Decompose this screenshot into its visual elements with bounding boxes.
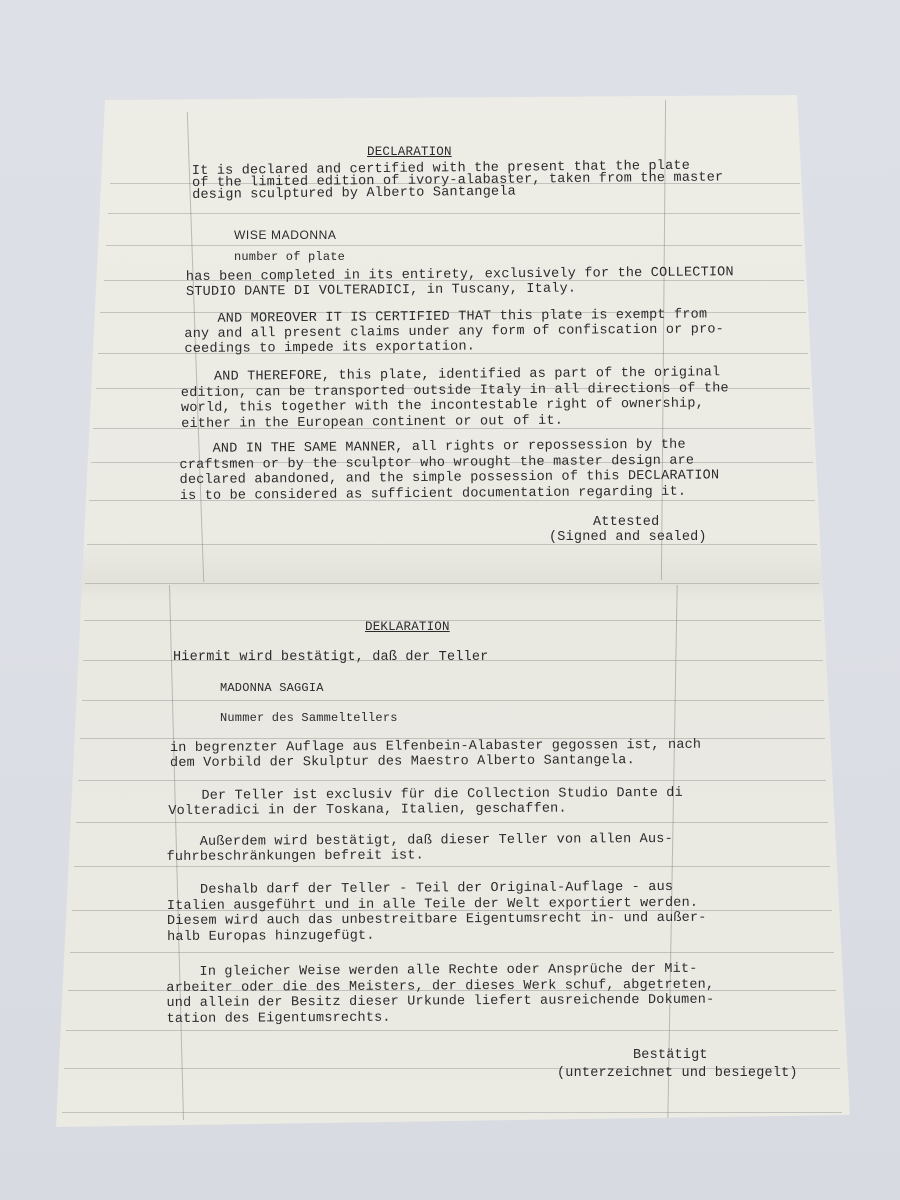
german-number-label: Nummer des Sammeltellers	[220, 711, 398, 726]
german-plate-name: MADONNA SAGGIA	[220, 681, 324, 696]
rule-line	[78, 780, 826, 781]
english-paragraph-1: has been completed in its entirety, excl…	[186, 265, 734, 300]
german-paragraph-1: in begrenzter Auflage aus Elfenbein-Alab…	[170, 738, 701, 771]
rule-line	[85, 583, 819, 584]
english-paragraph-3: AND THEREFORE, this plate, identified as…	[181, 365, 729, 432]
rule-line	[106, 245, 802, 246]
english-signed-sealed: (Signed and sealed)	[549, 530, 707, 545]
german-paragraph-5: In gleicher Weise werden alle Rechte ode…	[166, 962, 714, 1027]
rule-line	[74, 866, 830, 867]
german-intro: Hiermit wird bestätigt, daß der Teller	[173, 650, 488, 665]
rule-line	[66, 1030, 838, 1031]
english-number-label: number of plate	[234, 250, 345, 265]
german-paragraph-4: Deshalb darf der Teller - Teil der Origi…	[167, 880, 707, 945]
rule-line	[62, 1112, 842, 1113]
rule-line	[84, 620, 821, 621]
english-attested: Attested	[593, 515, 659, 530]
rule-line	[108, 213, 800, 214]
german-paragraph-3: Außerdem wird bestätigt, daß dieser Tell…	[166, 832, 673, 865]
english-plate-name: WISE MADONNA	[234, 228, 337, 243]
german-title: DEKLARATION	[365, 620, 450, 635]
rule-line	[87, 544, 817, 545]
german-signed-sealed: (unterzeichnet und besiegelt)	[557, 1066, 798, 1081]
rule-line	[76, 822, 828, 823]
english-intro: It is declared and certified with the pr…	[192, 160, 724, 202]
german-paragraph-2: Der Teller ist exclusiv für die Collecti…	[168, 786, 683, 819]
rule-line	[70, 952, 834, 953]
rule-line	[82, 700, 824, 701]
english-title: DECLARATION	[367, 145, 452, 160]
english-paragraph-4: AND IN THE SAME MANNER, all rights or re…	[179, 437, 719, 504]
german-attested: Bestätigt	[633, 1048, 708, 1063]
english-paragraph-2: AND MOREOVER IT IS CERTIFIED THAT this p…	[184, 307, 724, 357]
